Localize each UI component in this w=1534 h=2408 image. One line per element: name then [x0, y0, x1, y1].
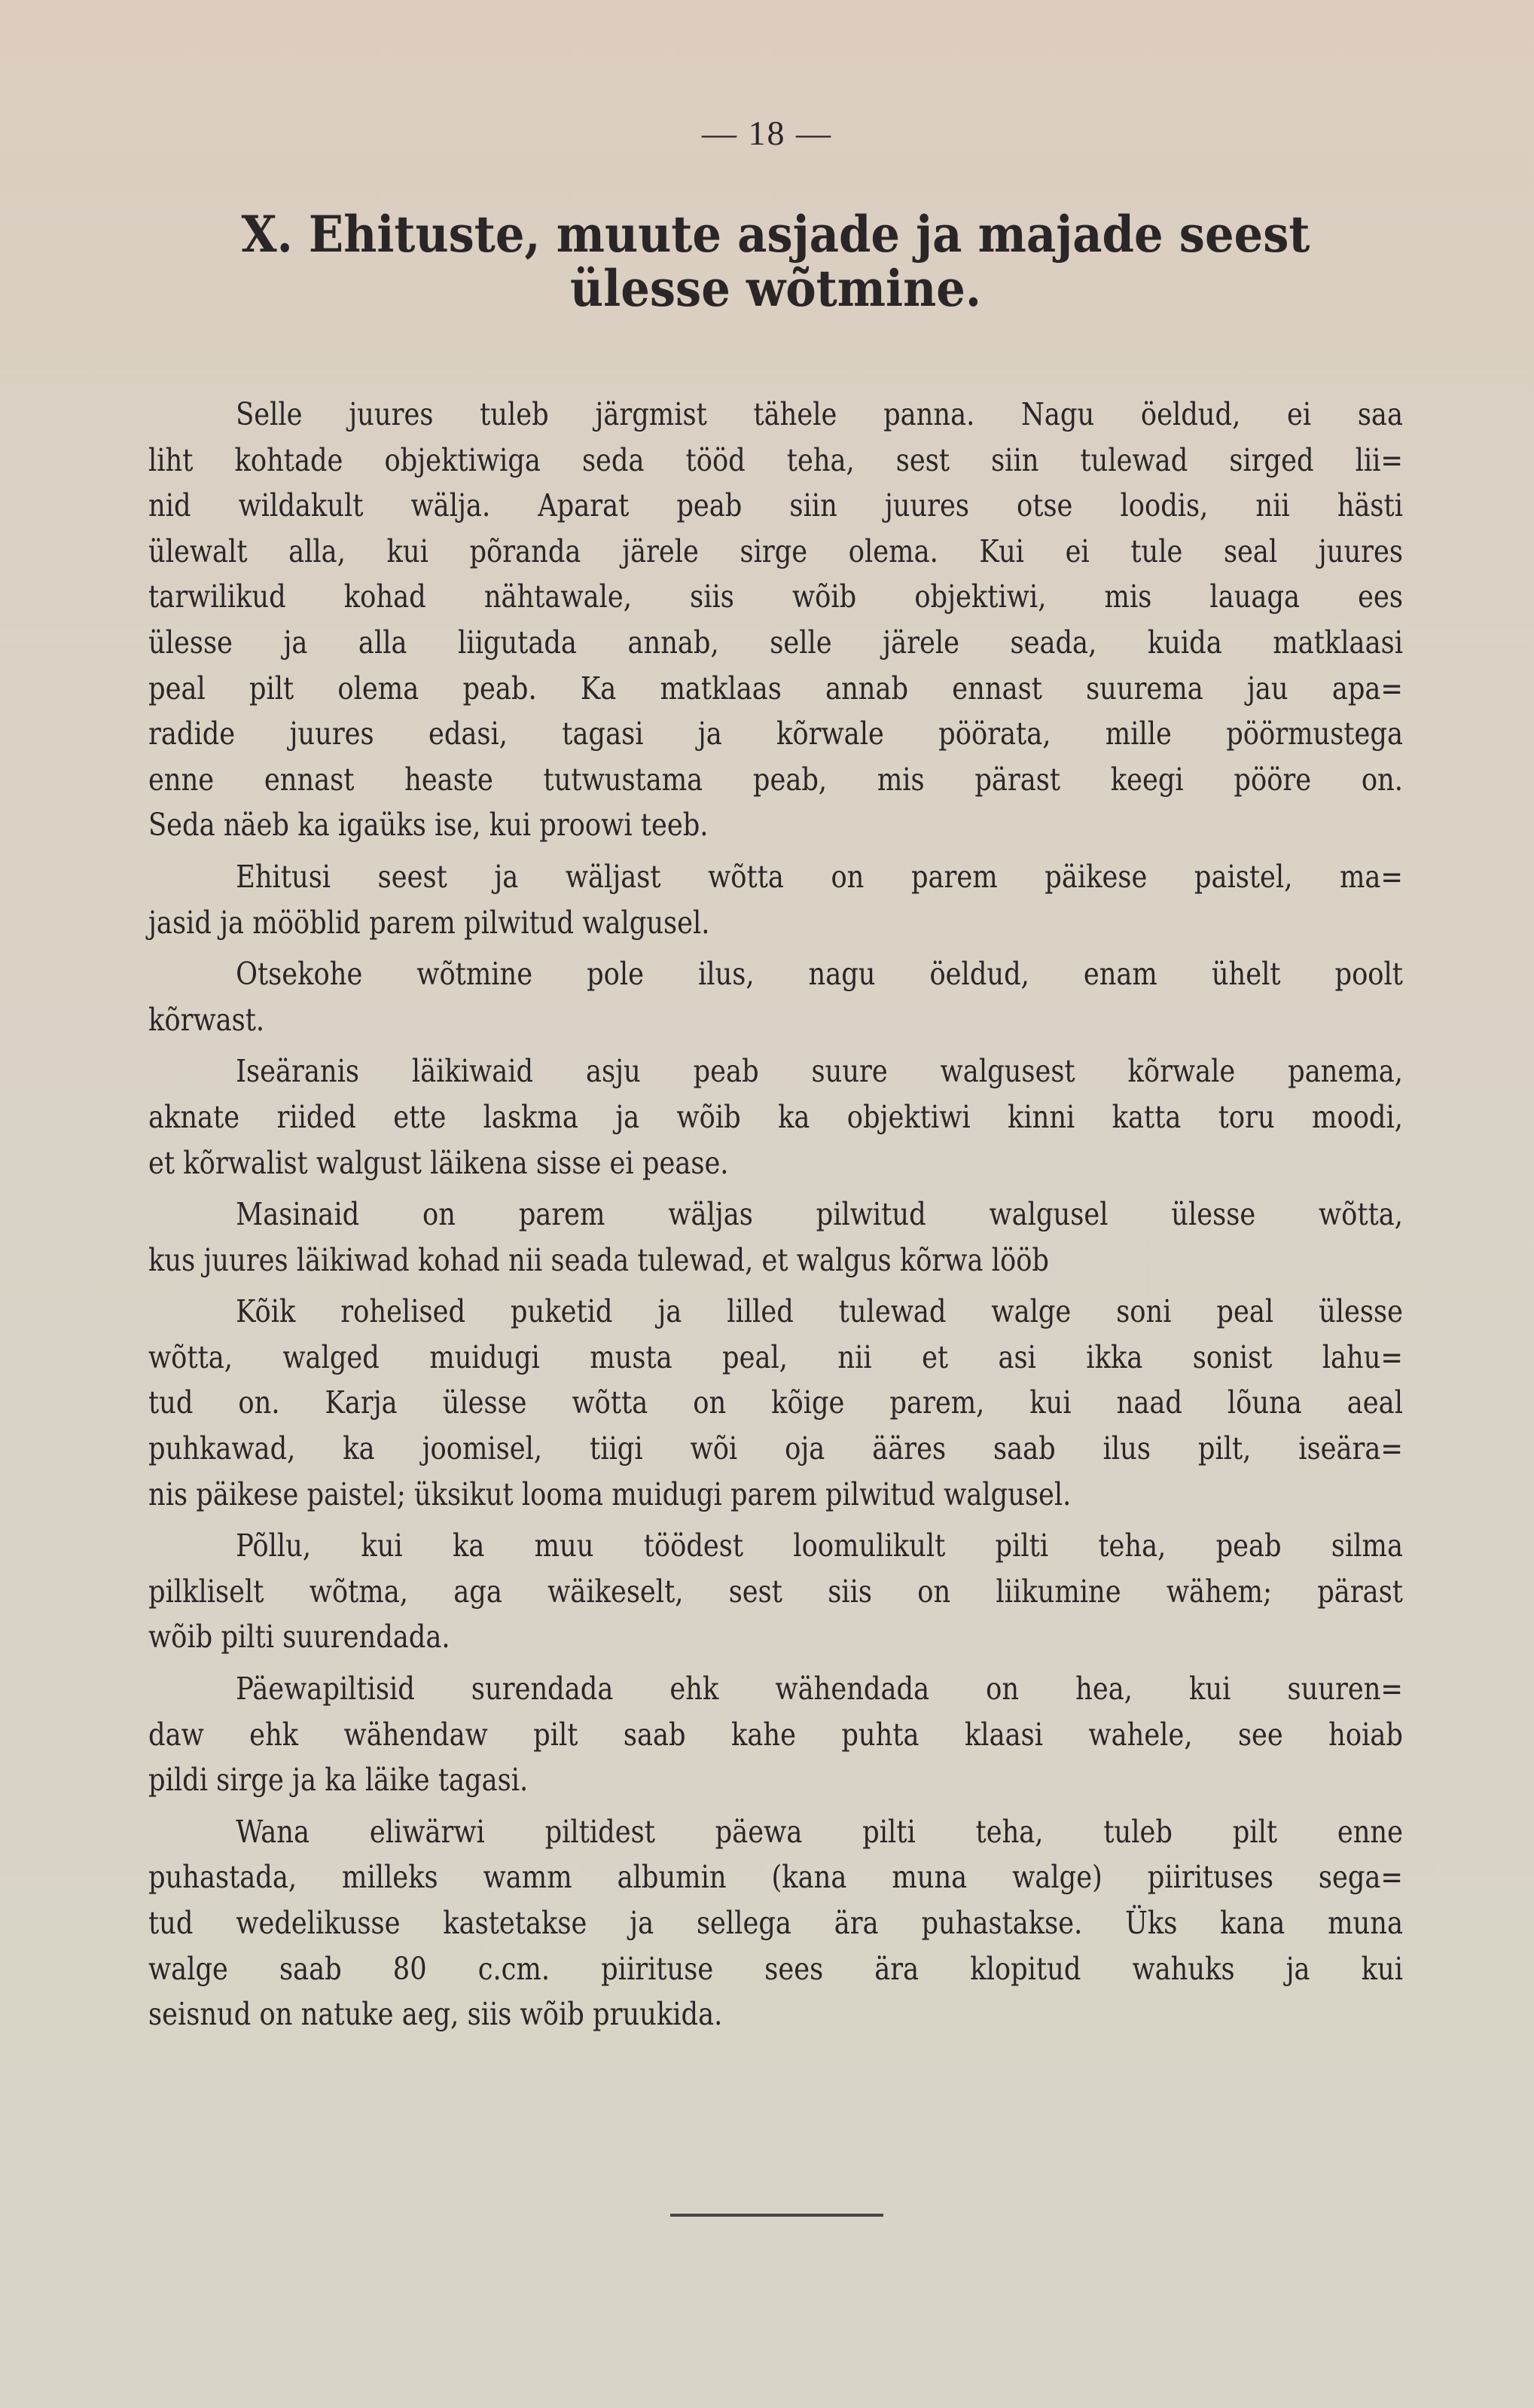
- text-line: daw ehk wähendaw pilt saab kahe puhta kl…: [148, 1712, 1403, 1758]
- body-text: Selle juures tuleb järgmist tähele panna…: [148, 392, 1406, 2043]
- text-line: Kõik rohelised puketid ja lilled tulewad…: [148, 1289, 1403, 1335]
- chapter-title: X. Ehitustе, muute asjade ja majade sees…: [187, 207, 1365, 316]
- paragraph: Iseäranis läikiwaid asju peab suure walg…: [148, 1048, 1406, 1186]
- text-line: peal pilt olema peab. Ka matklaas annab …: [148, 666, 1403, 712]
- paragraph: Masinaid on parem wäljas pilwitud walgus…: [148, 1192, 1406, 1283]
- text-line: Masinaid on parem wäljas pilwitud walgus…: [148, 1192, 1403, 1238]
- paragraph: Ehitusi seest ja wäljast wõtta on parem …: [148, 854, 1406, 945]
- text-line: kõrwast.: [148, 997, 1403, 1043]
- paragraph: Otsekohe wõtmine pole ilus, nagu öeldud,…: [148, 951, 1406, 1042]
- text-line: Wana eliwärwi piltidest päewa pilti teha…: [148, 1809, 1403, 1855]
- text-line: ülesse ja alla liigutada annab, selle jä…: [148, 620, 1403, 666]
- text-line: tud wedelikusse kastetakse ja sellega är…: [148, 1900, 1403, 1946]
- page-number: — 18 —: [0, 113, 1534, 153]
- text-line: Selle juures tuleb järgmist tähele panna…: [148, 392, 1403, 438]
- text-line: radide juures edasi, tagasi ja kõrwale p…: [148, 711, 1403, 757]
- text-line: Ehitusi seest ja wäljast wõtta on parem …: [148, 854, 1403, 900]
- text-line: Põllu, kui ka muu töödest loomulikult pi…: [148, 1523, 1403, 1569]
- paragraph: Selle juures tuleb järgmist tähele panna…: [148, 392, 1406, 848]
- text-line: nis päikese paistel; üksikut looma muidu…: [148, 1472, 1403, 1518]
- text-line: ülewalt alla, kui põranda järele sirge o…: [148, 529, 1403, 575]
- chapter-title-line-1: X. Ehitustе, muute asjade ja majade sees…: [187, 207, 1365, 261]
- paragraph: Kõik rohelised puketid ja lilled tulewad…: [148, 1289, 1406, 1517]
- paragraph: Wana eliwärwi piltidest päewa pilti teha…: [148, 1809, 1406, 2037]
- text-line: Iseäranis läikiwaid asju peab suure walg…: [148, 1048, 1403, 1094]
- text-line: Seda näeb ka igaüks ise, kui proowi teeb…: [148, 802, 1403, 848]
- text-line: pildi sirge ja ka läike tagasi.: [148, 1757, 1403, 1803]
- text-line: wõtta, walged muidugi musta peal, nii et…: [148, 1335, 1403, 1381]
- text-line: puhkawad, ka joomisel, tiigi wõi oja äär…: [148, 1426, 1403, 1472]
- text-line: seisnud on natuke aeg, siis wõib pruukid…: [148, 1991, 1403, 2037]
- paragraph: Päewapiltisid surendada ehk wähendada on…: [148, 1666, 1406, 1803]
- text-line: aknate riided ette laskma ja wõib ka obj…: [148, 1094, 1403, 1140]
- text-line: walge saab 80 c.cm. piirituse sees ära k…: [148, 1946, 1403, 1992]
- text-line: nid wildakult wälja. Aparat peab siin ju…: [148, 483, 1403, 529]
- text-line: pilkliselt wõtma, aga wäikeselt, sest si…: [148, 1569, 1403, 1615]
- text-line: Päewapiltisid surendada ehk wähendada on…: [148, 1666, 1403, 1712]
- text-line: wõib pilti suurendada.: [148, 1614, 1403, 1660]
- text-line: et kõrwalist walgust läikena sisse ei pe…: [148, 1140, 1403, 1186]
- text-line: liht kohtade objektiwiga seda tööd teha,…: [148, 438, 1403, 484]
- end-rule-divider: [670, 2214, 883, 2217]
- text-line: kus juures läikiwad kohad nii seada tule…: [148, 1238, 1403, 1283]
- text-line: puhastada, milleks wamm albumin (kana mu…: [148, 1854, 1403, 1900]
- text-line: tarwilikud kohad nähtawale, siis wõib ob…: [148, 574, 1403, 620]
- paragraph: Põllu, kui ka muu töödest loomulikult pi…: [148, 1523, 1406, 1660]
- text-line: enne ennast heaste tutwustama peab, mis …: [148, 757, 1403, 803]
- chapter-title-line-2: ülesse wõtmine.: [187, 261, 1365, 316]
- text-line: jasid ja mööblid parem pilwitud walgusel…: [148, 900, 1403, 946]
- text-line: Otsekohe wõtmine pole ilus, nagu öeldud,…: [148, 951, 1403, 997]
- text-line: tud on. Karja ülesse wõtta on kõige pare…: [148, 1380, 1403, 1426]
